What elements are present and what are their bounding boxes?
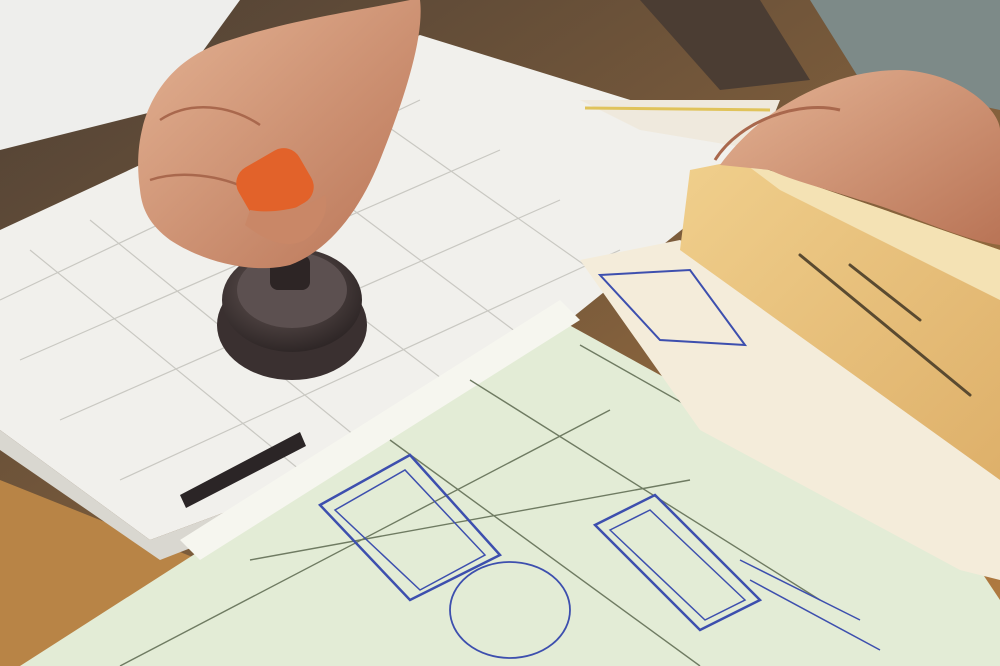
photo-scene	[0, 0, 1000, 666]
ledger-yellow-line	[585, 108, 770, 110]
scene-drawing	[0, 0, 1000, 666]
